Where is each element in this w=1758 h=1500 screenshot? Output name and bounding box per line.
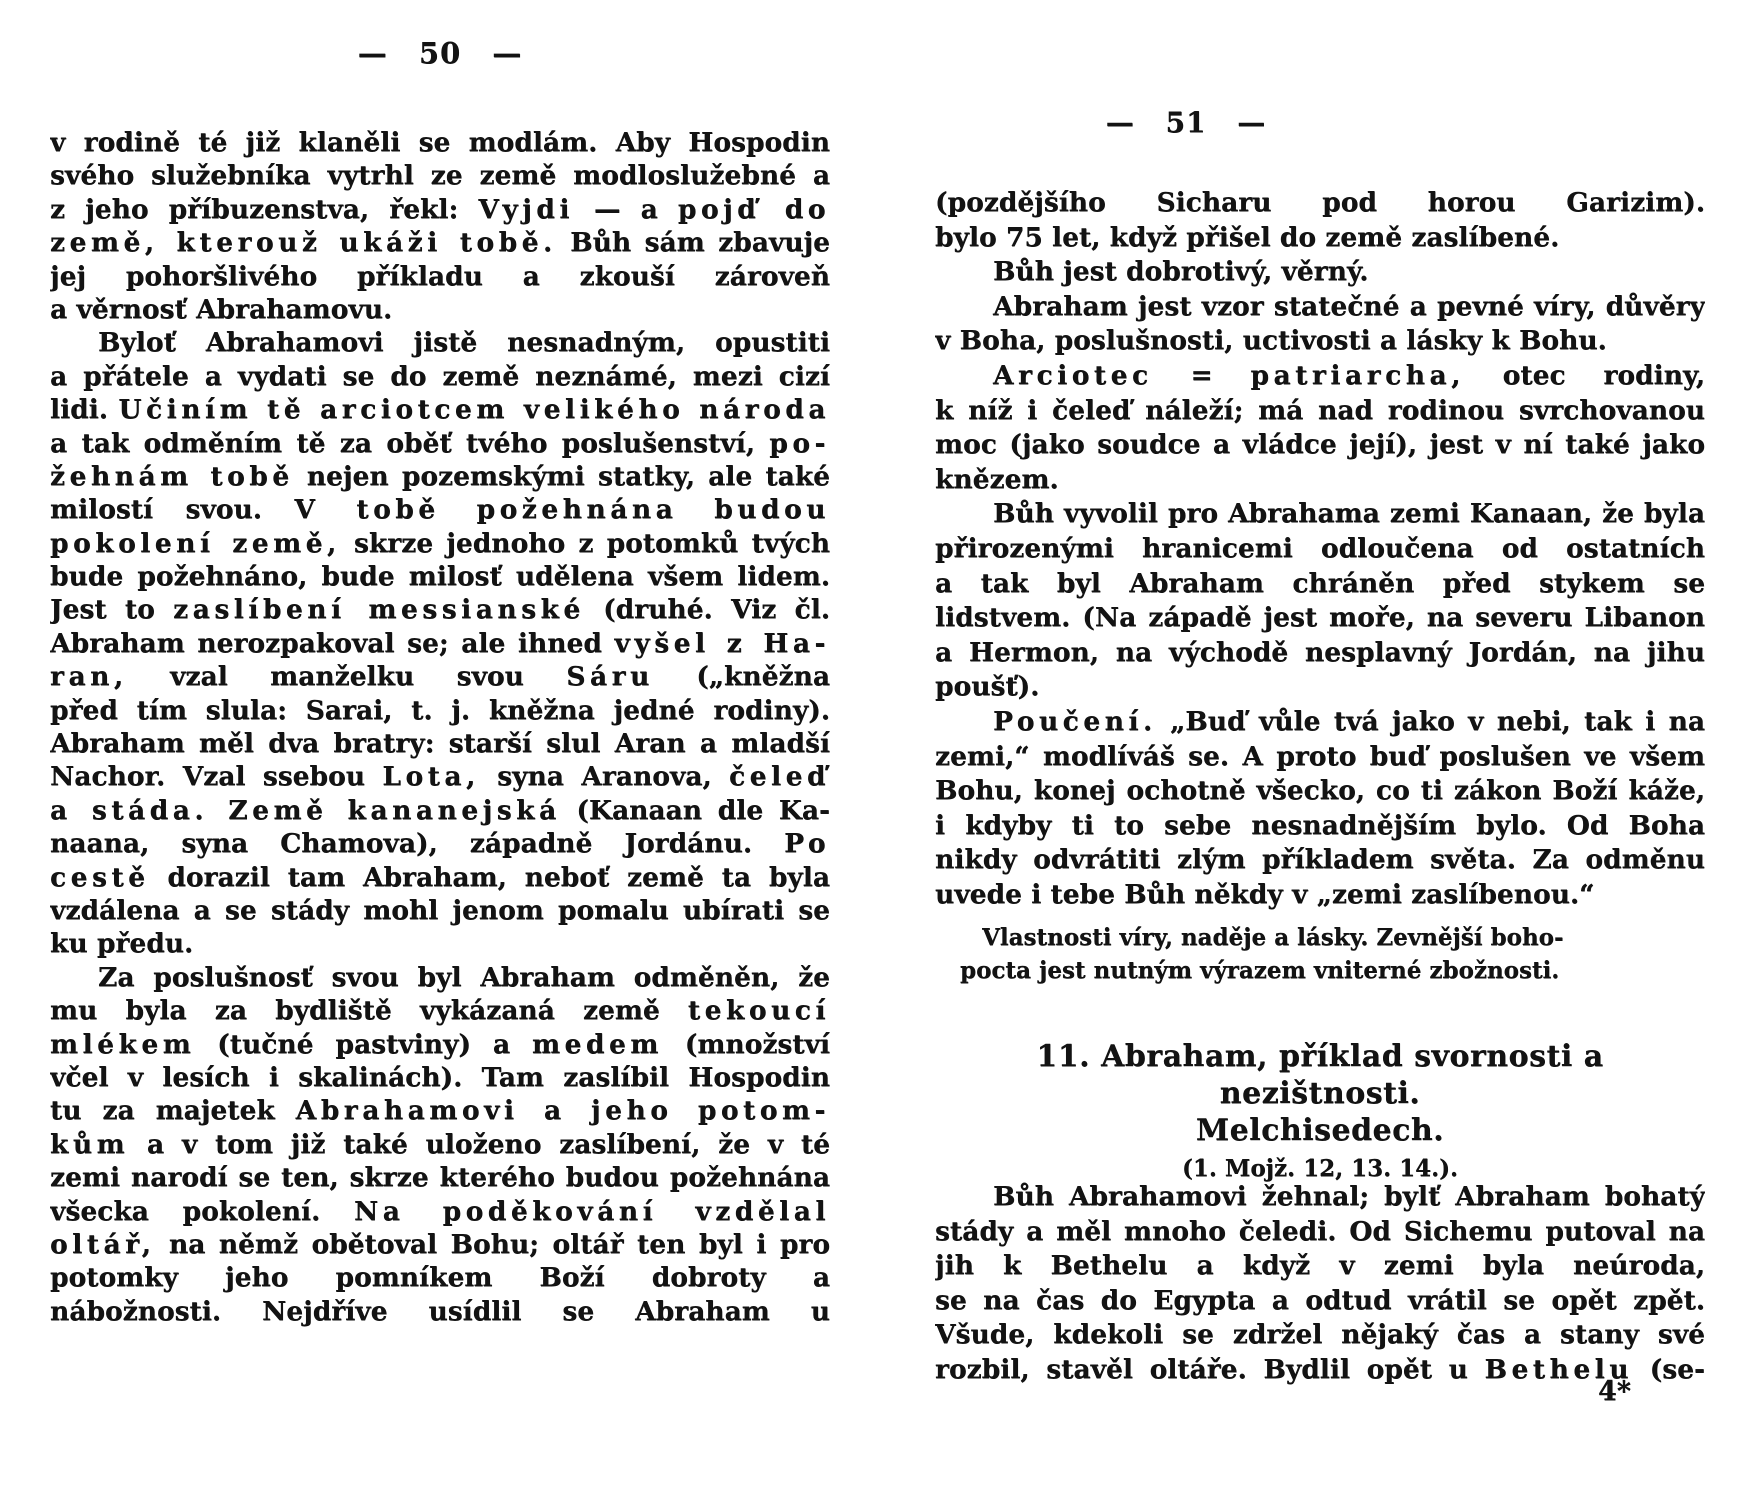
text-line: a věrnosť Abrahamovu. <box>50 293 830 326</box>
body-text: potomky jeho pomníkem Boží dobroty a Abr… <box>50 1262 830 1294</box>
text-line: Bohu, konej ochotně všecko, co ti zákon … <box>935 774 1705 809</box>
text-line: a tak odměním tě za oběť tvého poslušens… <box>50 427 830 460</box>
printer-signature-mark: 4* <box>1598 1376 1631 1407</box>
spaced-emphasis-text: země, kterouž ukáži tobě. <box>50 227 557 258</box>
text-line: bude požehnáno, bude milosť udělena všem… <box>50 560 830 593</box>
body-text: Bohu, konej ochotně všecko, co ti zákon … <box>935 775 1705 806</box>
text-line: knězem. <box>935 463 1705 498</box>
small-note-line: pocta jest nutným výrazem vniterné zbožn… <box>960 954 1705 987</box>
page-51-small-note-block: Vlastnosti víry, naděje a lásky. Zevnějš… <box>935 921 1705 987</box>
spaced-emphasis-text: Sáru <box>566 661 654 692</box>
body-text: včel v lesích i skalinách). Tam zaslíbil… <box>50 1062 830 1094</box>
body-text: milostí svou. <box>50 494 294 525</box>
text-line: poušť). <box>935 670 1705 705</box>
body-text: svého služebníka vytrhl ze země modloslu… <box>50 160 830 191</box>
body-text: lidi. <box>50 394 118 425</box>
chapter-heading-title: 11. Abraham, příklad svornosti a nezištn… <box>935 1038 1705 1112</box>
spaced-emphasis-text: po- <box>769 428 830 459</box>
body-text: a přátele a vydati se do země neznámé, m… <box>50 361 830 392</box>
text-line: v rodině té již klaněli se modlám. Aby H… <box>50 126 830 159</box>
body-text: ku předu. <box>50 928 193 959</box>
body-text: rozbil, stavěl oltáře. Bydlil opět u <box>935 1354 1485 1385</box>
text-line: Bůh vyvolil pro Abrahama zemi Kanaan, že… <box>935 497 1705 532</box>
text-line: moc (jako soudce a vládce její), jest v … <box>935 428 1705 463</box>
small-note-line: Vlastnosti víry, naděje a lásky. Zevnějš… <box>982 921 1705 954</box>
text-line: žehnám tobě nejen pozemskými statky, ale… <box>50 460 830 493</box>
body-text: pocta jest nutným výrazem vniterné zbožn… <box>960 957 1559 984</box>
spaced-emphasis-text: Abrahamovi a jeho potom- <box>296 1095 830 1126</box>
text-line: se na čas do Egypta a odtud vrátil se op… <box>935 1284 1705 1319</box>
body-text: Za poslušnosť svou byl Abraham odměněn, … <box>98 962 830 993</box>
spaced-emphasis-text: Poučení. <box>993 706 1157 737</box>
text-line: Jest to zaslíbení messianské (druhé. Viz… <box>50 593 830 626</box>
page-51-text-column: (pozdějšího Sicharu pod horou Garizim). … <box>935 186 1705 912</box>
page-50-text-column: v rodině té již klaněli se modlám. Aby H… <box>50 126 830 1328</box>
body-text: přirozenými hranicemi odloučena od ostat… <box>935 533 1705 567</box>
body-text: „Buď vůle tvá jako v nebi, tak i na <box>1157 706 1705 737</box>
body-text: (Kanaan dle Ka- <box>561 795 830 826</box>
body-text: v Boha, poslušnosti, uctivosti a lásky k… <box>935 325 1607 356</box>
body-text: dorazil tam Abraham, neboť země ta byla <box>150 862 830 893</box>
text-line: a tak byl Abraham chráněn před stykem se… <box>935 567 1705 602</box>
text-line: Bůh Abrahamovi žehnal; bylť Abraham boha… <box>935 1180 1705 1215</box>
text-line: Bůh jest dobrotivý, věrný. <box>935 255 1705 290</box>
spaced-emphasis-text: cestě <box>50 862 150 893</box>
text-line: potomky jeho pomníkem Boží dobroty a Abr… <box>50 1261 830 1294</box>
body-text: a tak byl Abraham chráněn před stykem se… <box>935 568 1705 602</box>
text-line: v Boha, poslušnosti, uctivosti a lásky k… <box>935 324 1705 359</box>
body-text: všecka pokolení. <box>50 1196 354 1227</box>
body-text: a tak odměním tě za oběť tvého poslušens… <box>50 428 769 459</box>
text-line: lidi. Učiním tě arciotcem velikého národ… <box>50 393 830 426</box>
body-text: Vlastnosti víry, naděje a lásky. Zevnějš… <box>982 924 1564 951</box>
spaced-emphasis-text: Učiním tě arciotcem velikého národa <box>118 394 830 425</box>
scanned-book-spread: — 50 — v rodině té již klaněli se modlám… <box>0 0 1758 1500</box>
spaced-emphasis-text: Vyjdi <box>478 194 574 225</box>
spaced-emphasis-text: medem <box>532 1029 663 1060</box>
spaced-emphasis-text: kům <box>50 1129 129 1160</box>
body-text: Byloť Abrahamovi jistě nesnadným, opusti… <box>50 327 830 359</box>
text-line: lidstvem. (Na západě jest moře, na sever… <box>935 601 1705 636</box>
text-line: naana, syna Chamova), západně Jordánu. P… <box>50 827 830 860</box>
body-text: = <box>1153 360 1251 391</box>
body-text: nejen pozemskými statky, ale také <box>294 461 830 492</box>
text-line: a stáda. Země kananejská (Kanaan dle Ka- <box>50 794 830 827</box>
body-text: vzdálena a se stády mohl jenom pomalu ub… <box>50 895 830 926</box>
spaced-emphasis-text: zaslíbení messianské <box>173 594 585 625</box>
body-text: i kdyby ti to sebe nesnadnějším bylo. Od… <box>935 810 1705 844</box>
text-line: země, kterouž ukáži tobě. Bůh sám zbavuj… <box>50 226 830 259</box>
text-line: Abraham měl dva bratry: starší slul Aran… <box>50 727 830 760</box>
text-line: Nachor. Vzal ssebou Lota, syna Aranova, … <box>50 760 830 793</box>
body-text: zemi narodí se ten, skrze kterého budou … <box>50 1162 830 1193</box>
spaced-emphasis-text: mlékem <box>50 1029 195 1060</box>
body-text: mu byla za bydliště vykázaná země <box>50 995 688 1026</box>
body-text: Bůh vyvolil pro Abrahama zemi Kanaan, že… <box>993 498 1705 529</box>
text-line: a Hermon, na východě nesplavný Jordán, n… <box>935 636 1705 671</box>
text-line: milostí svou. V tobě požehnána budou vše… <box>50 493 830 526</box>
text-line: vzdálena a se stády mohl jenom pomalu ub… <box>50 894 830 927</box>
body-text: (množství <box>663 1029 830 1060</box>
body-text: Bůh jest dobrotivý, věrný. <box>993 256 1368 287</box>
body-text: tu za majetek <box>50 1095 296 1126</box>
text-line: nikdy odvrátiti zlým příkladem světa. Za… <box>935 843 1705 878</box>
page-51-bottom-paragraph: Bůh Abrahamovi žehnal; bylť Abraham boha… <box>935 1180 1705 1387</box>
spaced-emphasis-text: oltář, <box>50 1229 155 1260</box>
text-line: kům a v tom již také uloženo zaslíbení, … <box>50 1128 830 1161</box>
body-text: — a <box>574 194 678 225</box>
text-line: přirozenými hranicemi odloučena od ostat… <box>935 532 1705 567</box>
text-line: ku předu. <box>50 927 830 960</box>
text-line: všecka pokolení. Na poděkování vzdělal <box>50 1195 830 1228</box>
body-text: Bůh Abrahamovi žehnal; bylť Abraham boha… <box>993 1181 1705 1212</box>
text-line: nábožnosti. Nejdříve usídlil se Abraham … <box>50 1295 830 1328</box>
chapter-heading-subtitle: Melchisedech. <box>935 1112 1705 1149</box>
text-line: jih k Bethelu a když v zemi byla neúroda… <box>935 1249 1705 1284</box>
body-text: Abraham měl dva bratry: starší slul Aran… <box>50 728 830 759</box>
body-text: (pozdějšího Sicharu pod horou Garizim). … <box>935 187 1705 221</box>
body-text: a Hermon, na východě nesplavný Jordán, n… <box>935 637 1705 668</box>
body-text: bylo 75 let, když přišel do země zaslíbe… <box>935 222 1559 253</box>
spaced-emphasis-text: pokolení země, <box>50 528 341 559</box>
body-text: knězem. <box>935 464 1059 495</box>
spaced-emphasis-text: tekoucí <box>688 995 830 1026</box>
text-line: Byloť Abrahamovi jistě nesnadným, opusti… <box>50 326 830 359</box>
body-text: Jest to <box>50 594 173 625</box>
body-text: bude požehnáno, bude milosť udělena všem… <box>50 561 830 592</box>
spaced-emphasis-text: čeleď <box>729 761 830 792</box>
body-text: a v tom již také uloženo zaslíbení, že v… <box>129 1129 830 1160</box>
text-line: Abraham jest vzor statečné a pevné víry,… <box>935 290 1705 325</box>
text-line: ran, vzal manželku svou Sáru („kněžna mn… <box>50 660 830 693</box>
spaced-emphasis-text: pojď do <box>678 194 830 225</box>
body-text: zemi,“ modlíváš se. A proto buď poslušen… <box>935 741 1705 772</box>
spaced-emphasis-text: patriarcha, <box>1250 360 1464 391</box>
body-text: syna Aranova, <box>480 761 729 792</box>
text-line: Všude, kdekoli se zdržel nějaký čas a st… <box>935 1318 1705 1353</box>
text-line: svého služebníka vytrhl ze země modloslu… <box>50 159 830 192</box>
body-text: stády a měl mnoho čeledi. Od Sichemu put… <box>935 1216 1705 1247</box>
body-text: poušť). <box>935 671 1039 702</box>
body-text: Nachor. Vzal ssebou <box>50 761 382 792</box>
text-line: jej pohoršlivého příkladu a zkouší zárov… <box>50 260 830 293</box>
body-text: se na čas do Egypta a odtud vrátil se op… <box>935 1285 1705 1316</box>
text-line: uvede i tebe Bůh někdy v „zemi zaslíbeno… <box>935 878 1705 913</box>
body-text: uvede i tebe Bůh někdy v „zemi zaslíbeno… <box>935 879 1594 910</box>
text-line: Abraham nerozpakoval se; ale ihned vyšel… <box>50 627 830 660</box>
spaced-emphasis-text: ran, <box>50 661 128 692</box>
body-text: Všude, kdekoli se zdržel nějaký čas a st… <box>935 1319 1705 1350</box>
body-text: na němž obětoval Bohu; oltář ten byl i p… <box>155 1229 830 1260</box>
body-text: skrze jednoho z potomků tvých <box>341 528 830 559</box>
spaced-emphasis-text: a stáda. Země kananejská <box>50 795 561 826</box>
text-line: Poučení. „Buď vůle tvá jako v nebi, tak … <box>935 705 1705 740</box>
body-text: k níž i čeleď náleží; má nad rodinou svr… <box>935 395 1705 426</box>
text-line: a přátele a vydati se do země neznámé, m… <box>50 360 830 393</box>
page-50-number-header: — 50 — <box>50 36 830 70</box>
text-line: k níž i čeleď náleží; má nad rodinou svr… <box>935 394 1705 429</box>
body-text: Abraham nerozpakoval se; ale ihned <box>50 628 614 659</box>
text-line: před tím slula: Sarai, t. j. kněžna jedn… <box>50 694 830 727</box>
text-line: cestě dorazil tam Abraham, neboť země ta… <box>50 861 830 894</box>
text-line: i kdyby ti to sebe nesnadnějším bylo. Od… <box>935 809 1705 844</box>
spaced-emphasis-text: žehnám tobě <box>50 461 294 492</box>
chapter-heading-block: 11. Abraham, příklad svornosti a nezištn… <box>935 1038 1705 1184</box>
body-text: moc (jako soudce a vládce její), jest v … <box>935 429 1705 460</box>
body-text: lidstvem. (Na západě jest moře, na sever… <box>935 602 1705 633</box>
text-line: pokolení země, skrze jednoho z potomků t… <box>50 527 830 560</box>
body-text: nikdy odvrátiti zlým příkladem světa. Za… <box>935 844 1705 875</box>
spaced-emphasis-text: Lota, <box>382 761 479 792</box>
spaced-emphasis-text: Arciotec <box>993 360 1153 391</box>
body-text: (se- <box>1633 1354 1705 1385</box>
text-line: zemi,“ modlíváš se. A proto buď poslušen… <box>935 740 1705 775</box>
text-line: stády a měl mnoho čeledi. Od Sichemu put… <box>935 1215 1705 1250</box>
spaced-emphasis-text: Na poděkování vzdělal <box>354 1196 830 1227</box>
text-line: Za poslušnosť svou byl Abraham odměněn, … <box>50 961 830 994</box>
text-line: z jeho příbuzenstva, řekl: Vyjdi — a poj… <box>50 193 830 226</box>
body-text: otec rodiny, <box>1465 360 1705 391</box>
body-text: a věrnosť Abrahamovu. <box>50 294 392 325</box>
text-line: bylo 75 let, když přišel do země zaslíbe… <box>935 221 1705 256</box>
text-line: mu byla za bydliště vykázaná země tekouc… <box>50 994 830 1027</box>
text-line: zemi narodí se ten, skrze kterého budou … <box>50 1161 830 1194</box>
text-line: včel v lesích i skalinách). Tam zaslíbil… <box>50 1061 830 1094</box>
body-text: (tučné pastviny) a <box>195 1029 532 1060</box>
text-line: oltář, na němž obětoval Bohu; oltář ten … <box>50 1228 830 1261</box>
body-text: Bůh sám zbavuje <box>557 227 830 258</box>
text-line: tu za majetek Abrahamovi a jeho potom- <box>50 1094 830 1127</box>
text-line: rozbil, stavěl oltáře. Bydlil opět u Bet… <box>935 1353 1705 1388</box>
body-text: v rodině té již klaněli se modlám. Aby H… <box>50 127 830 158</box>
body-text: Abraham jest vzor statečné a pevné víry,… <box>993 291 1705 322</box>
text-line: (pozdějšího Sicharu pod horou Garizim). … <box>935 186 1705 221</box>
spaced-emphasis-text: vyšel z Ha- <box>614 628 830 659</box>
body-text: naana, syna Chamova), západně Jordánu. <box>50 828 784 859</box>
body-text: vzal manželku svou <box>128 661 567 692</box>
body-text: nábožnosti. Nejdříve usídlil se Abraham … <box>50 1296 830 1327</box>
body-text: jej pohoršlivého příkladu a zkouší zárov… <box>50 261 830 293</box>
body-text: před tím slula: Sarai, t. j. kněžna jedn… <box>50 695 830 726</box>
text-line: Arciotec = patriarcha, otec rodiny, <box>935 359 1705 394</box>
text-line: mlékem (tučné pastviny) a medem (množstv… <box>50 1028 830 1061</box>
body-text: z jeho příbuzenstva, řekl: <box>50 194 478 225</box>
body-text: jih k Bethelu a když v zemi byla neúroda… <box>935 1250 1705 1284</box>
page-51-number-header: — 51 — <box>800 106 1572 139</box>
